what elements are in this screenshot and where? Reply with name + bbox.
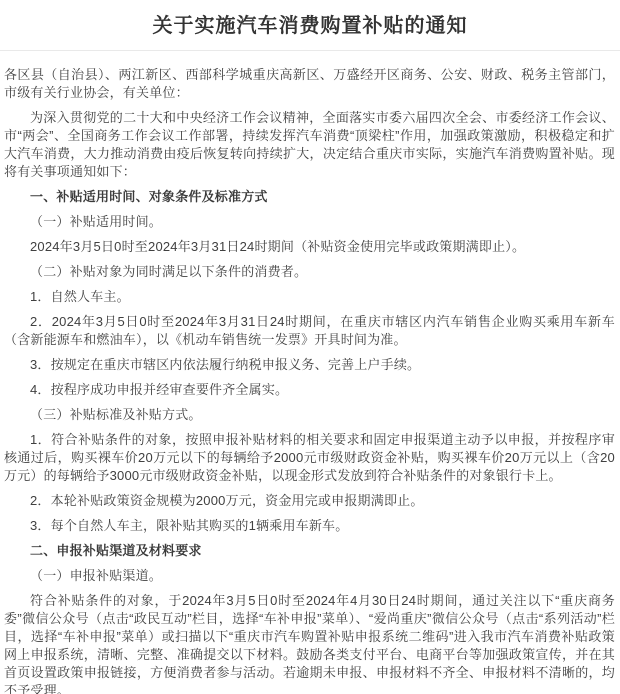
- condition-item-2: 2．2024年3月5日0时至2024年3月31日24时期间，在重庆市辖区内汽车销…: [4, 313, 615, 349]
- notice-title: 关于实施汽车消费购置补贴的通知: [0, 0, 620, 50]
- standard-item-2: 2．本轮补贴政策资金规模为2000万元，资金用完或申报期满即止。: [4, 492, 615, 510]
- condition-item-4: 4．按程序成功申报并经审查要件齐全属实。: [4, 381, 615, 399]
- application-channel-paragraph: 符合补贴条件的对象，于2024年3月5日0时至2024年4月30日24时期间，通…: [4, 592, 615, 694]
- section-2-heading: 二、申报补贴渠道及材料要求: [4, 542, 615, 560]
- section-1-sub-2-heading: （二）补贴对象为同时满足以下条件的消费者。: [4, 263, 615, 281]
- intro-paragraph: 为深入贯彻党的二十大和中央经济工作会议精神，全面落实市委六届四次全会、市委经济工…: [4, 109, 615, 181]
- addressee-line: 各区县（自治县）、两江新区、西部科学城重庆高新区、万盛经开区商务、公安、财政、税…: [4, 66, 615, 102]
- subsidy-time-paragraph: 2024年3月5日0时至2024年3月31日24时期间（补贴资金使用完毕或政策期…: [4, 238, 615, 256]
- standard-item-3: 3．每个自然人车主，限补贴其购买的1辆乘用车新车。: [4, 517, 615, 535]
- standard-item-1: 1．符合补贴条件的对象，按照申报补贴材料的相关要求和固定申报渠道主动予以申报，并…: [4, 431, 615, 485]
- section-1-sub-3-heading: （三）补贴标准及补贴方式。: [4, 406, 615, 424]
- notice-body: 各区县（自治县）、两江新区、西部科学城重庆高新区、万盛经开区商务、公安、财政、税…: [0, 51, 620, 694]
- condition-item-1: 1．自然人车主。: [4, 288, 615, 306]
- section-2-sub-1-heading: （一）申报补贴渠道。: [4, 567, 615, 585]
- section-1-heading: 一、补贴适用时间、对象条件及标准方式: [4, 188, 615, 206]
- condition-item-3: 3．按规定在重庆市辖区内依法履行纳税申报义务、完善上户手续。: [4, 356, 615, 374]
- notice-page: 关于实施汽车消费购置补贴的通知 各区县（自治县）、两江新区、西部科学城重庆高新区…: [0, 0, 620, 694]
- section-1-sub-1-heading: （一）补贴适用时间。: [4, 213, 615, 231]
